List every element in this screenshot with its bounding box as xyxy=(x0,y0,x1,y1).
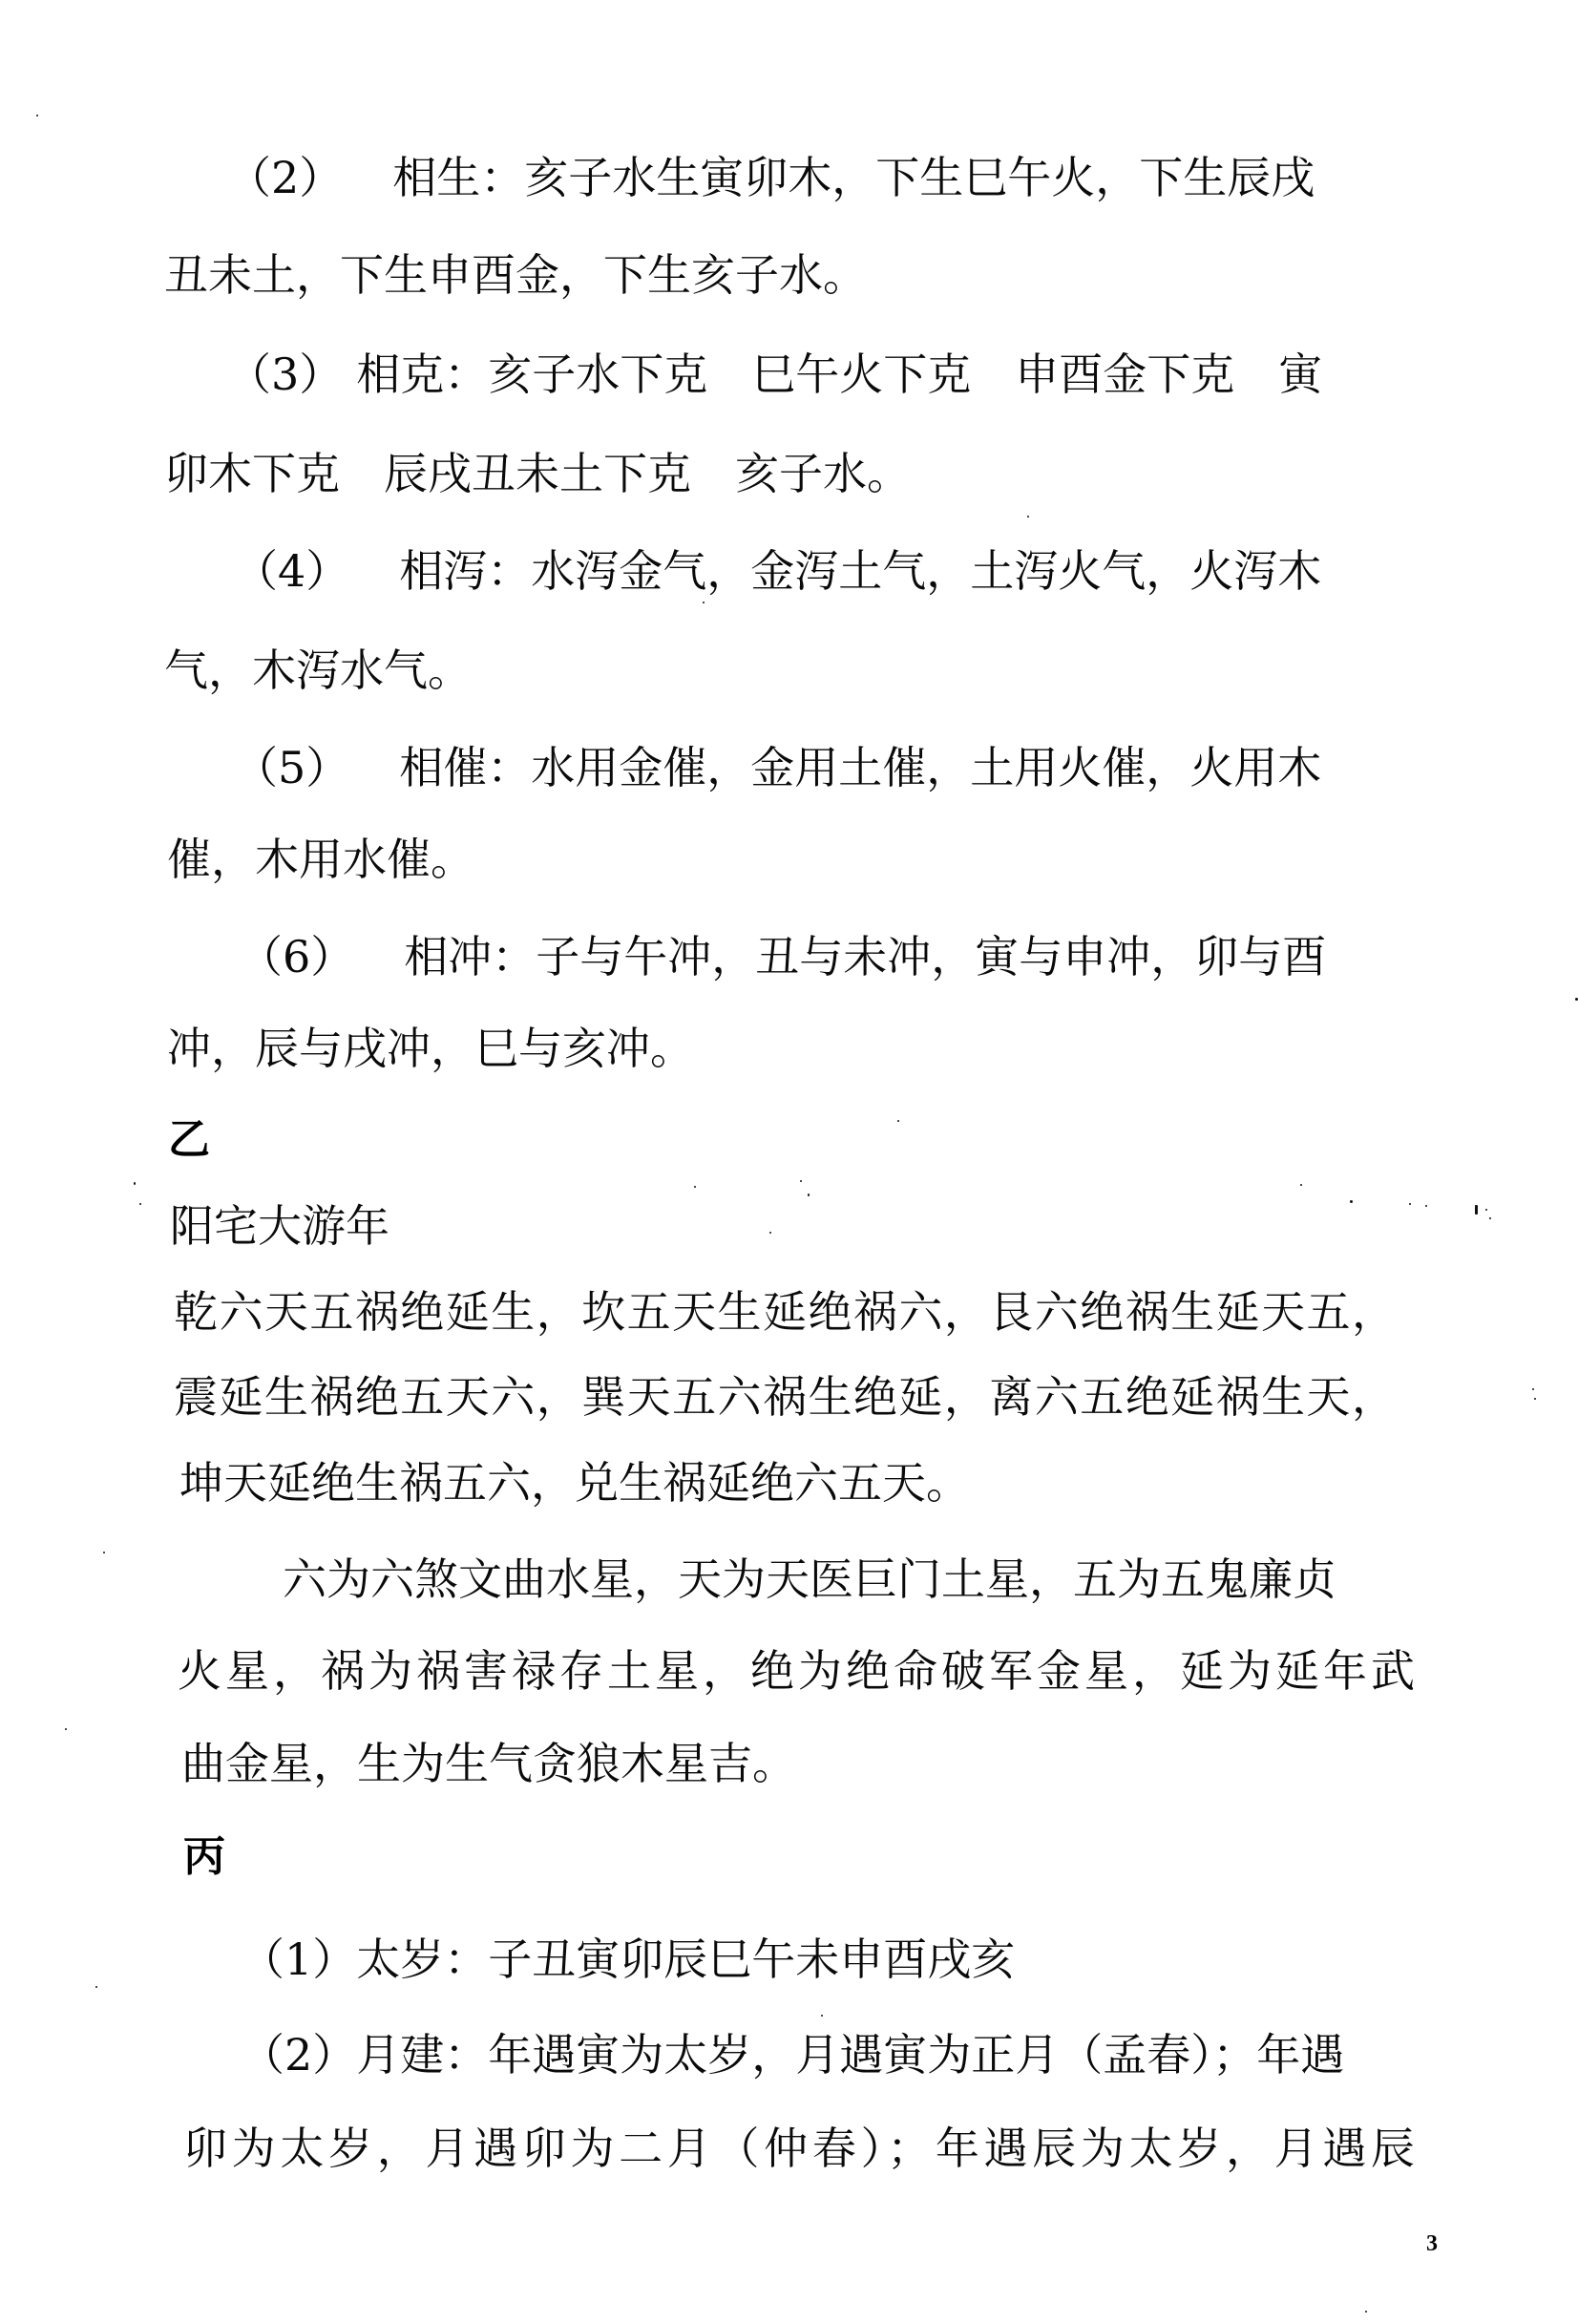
item-6-marker: （6） xyxy=(239,931,354,982)
item-4-text-line1: 水泻金气，金泻土气，土泻火气，火泻木 xyxy=(531,545,1321,597)
scan-speck xyxy=(36,115,38,116)
section-heading-yi: 乙 xyxy=(168,1111,210,1169)
bing-item-2-label: 月建： xyxy=(356,2029,488,2081)
scan-speck xyxy=(897,1120,899,1122)
item-4-second-line: 气，木泻水气。 xyxy=(164,642,472,699)
item-6-text-line1: 子与午冲，丑与未冲，寅与申冲，卯与酉 xyxy=(536,931,1326,982)
scan-speck xyxy=(1489,1217,1491,1219)
scan-speck xyxy=(65,1728,67,1730)
scan-speck xyxy=(769,1232,771,1234)
item-3-label: 相克： xyxy=(356,349,488,400)
item-4-first-line: （4）相泻：水泻金气，金泻土气，土泻火气，火泻木 xyxy=(234,542,1321,600)
scan-speck xyxy=(703,602,705,603)
youyear-table-line-1: 乾六天五祸绝延生，坎五天生延绝祸六，艮六绝祸生延天五， xyxy=(174,1283,1396,1341)
item-5-first-line: （5）相催：水用金催，金用土催，土用火催，火用木 xyxy=(234,739,1321,796)
item-3-text-line1: 亥子水下克 巳午火下克 申酉金下克 寅 xyxy=(488,349,1322,400)
item-3-second-line: 卯木下克 辰戌丑未土下克 亥子水。 xyxy=(164,445,911,502)
item-5-text-line1: 水用金催，金用土催，土用火催，火用木 xyxy=(531,742,1321,793)
item-6-second-line: 冲，辰与戌冲，巳与亥冲。 xyxy=(167,1020,694,1077)
bing-item-2-text-line1: 年遇寅为太岁，月遇寅为正月（孟春）；年遇 xyxy=(488,2029,1344,2081)
bing-item-2-first-line: （2）月建：年遇寅为太岁，月遇寅为正月（孟春）；年遇 xyxy=(241,2026,1344,2083)
scan-speck xyxy=(1532,1388,1534,1390)
scan-speck xyxy=(821,2015,823,2017)
item-6-label: 相冲： xyxy=(404,931,536,982)
bing-item-1-line: （1）太岁：子丑寅卯辰巳午未申酉戌亥 xyxy=(241,1931,1015,1988)
star-explanation-line-2: 火星，祸为祸害禄存土星，绝为绝命破军金星，延为延年武 xyxy=(178,1642,1415,1700)
scan-speck xyxy=(694,1186,696,1188)
scan-speck xyxy=(103,1552,105,1553)
bing-item-1-marker: （1） xyxy=(241,1933,356,1985)
scan-speck xyxy=(1485,1209,1487,1211)
item-4-label: 相泻： xyxy=(399,545,531,597)
item-5-label: 相催： xyxy=(399,742,531,793)
scan-speck xyxy=(1027,516,1029,518)
item-2-second-line: 丑未土，下生申酉金，下生亥子水。 xyxy=(164,246,867,304)
item-2-marker: （2） xyxy=(227,152,343,203)
section-yi-subtitle: 阳宅大游年 xyxy=(170,1197,389,1255)
scan-speck xyxy=(139,1203,141,1205)
section-heading-bing: 丙 xyxy=(183,1828,225,1886)
scan-speck xyxy=(1365,2311,1367,2313)
item-5-marker: （5） xyxy=(234,742,349,793)
bing-item-2-marker: （2） xyxy=(241,2029,356,2081)
page-number: 3 xyxy=(1426,2230,1438,2257)
scan-speck xyxy=(800,1180,802,1182)
scan-speck xyxy=(1425,1205,1427,1207)
item-4-marker: （4） xyxy=(234,545,349,597)
star-explanation-line-3: 曲金星，生为生气贪狼木星吉。 xyxy=(181,1735,796,1792)
youyear-table-line-3: 坤天延绝生祸五六，兑生祸延绝六五天。 xyxy=(179,1454,970,1511)
bing-item-2-second-line: 卯为太岁，月遇卯为二月（仲春）；年遇辰为太岁，月遇辰 xyxy=(183,2120,1415,2177)
scan-speck xyxy=(808,1194,810,1196)
star-explanation-line-1: 六为六煞文曲水星，天为天医巨门土星，五为五鬼廉贞 xyxy=(283,1551,1336,1608)
scan-speck xyxy=(1300,1184,1302,1186)
bing-item-1-label: 太岁： xyxy=(356,1933,488,1985)
scan-speck xyxy=(1409,1203,1411,1205)
scan-speck xyxy=(1475,1205,1478,1215)
youyear-table-line-2: 震延生祸绝五天六，巽天五六祸生绝延，离六五绝延祸生天， xyxy=(174,1368,1396,1426)
scanned-document-page: （2）相生：亥子水生寅卯木，下生巳午火，下生辰戌 丑未土，下生申酉金，下生亥子水… xyxy=(0,0,1578,2324)
item-2-label: 相生： xyxy=(392,152,524,203)
item-6-first-line: （6）相冲：子与午冲，丑与未冲，寅与申冲，卯与酉 xyxy=(239,928,1326,985)
item-2-first-line: （2）相生：亥子水生寅卯木，下生巳午火，下生辰戌 xyxy=(227,149,1315,206)
item-3-first-line: （3）相克：亥子水下克 巳午火下克 申酉金下克 寅 xyxy=(227,346,1322,403)
scan-speck xyxy=(1350,1200,1353,1203)
scan-speck xyxy=(1534,1398,1536,1400)
item-5-second-line: 催，木用水催。 xyxy=(167,831,474,888)
item-3-marker: （3） xyxy=(227,349,343,400)
scan-speck xyxy=(95,1986,97,1988)
bing-item-1-text: 子丑寅卯辰巳午未申酉戌亥 xyxy=(488,1933,1015,1985)
scan-speck xyxy=(134,1182,136,1185)
item-2-text-line1: 亥子水生寅卯木，下生巳午火，下生辰戌 xyxy=(524,152,1315,203)
